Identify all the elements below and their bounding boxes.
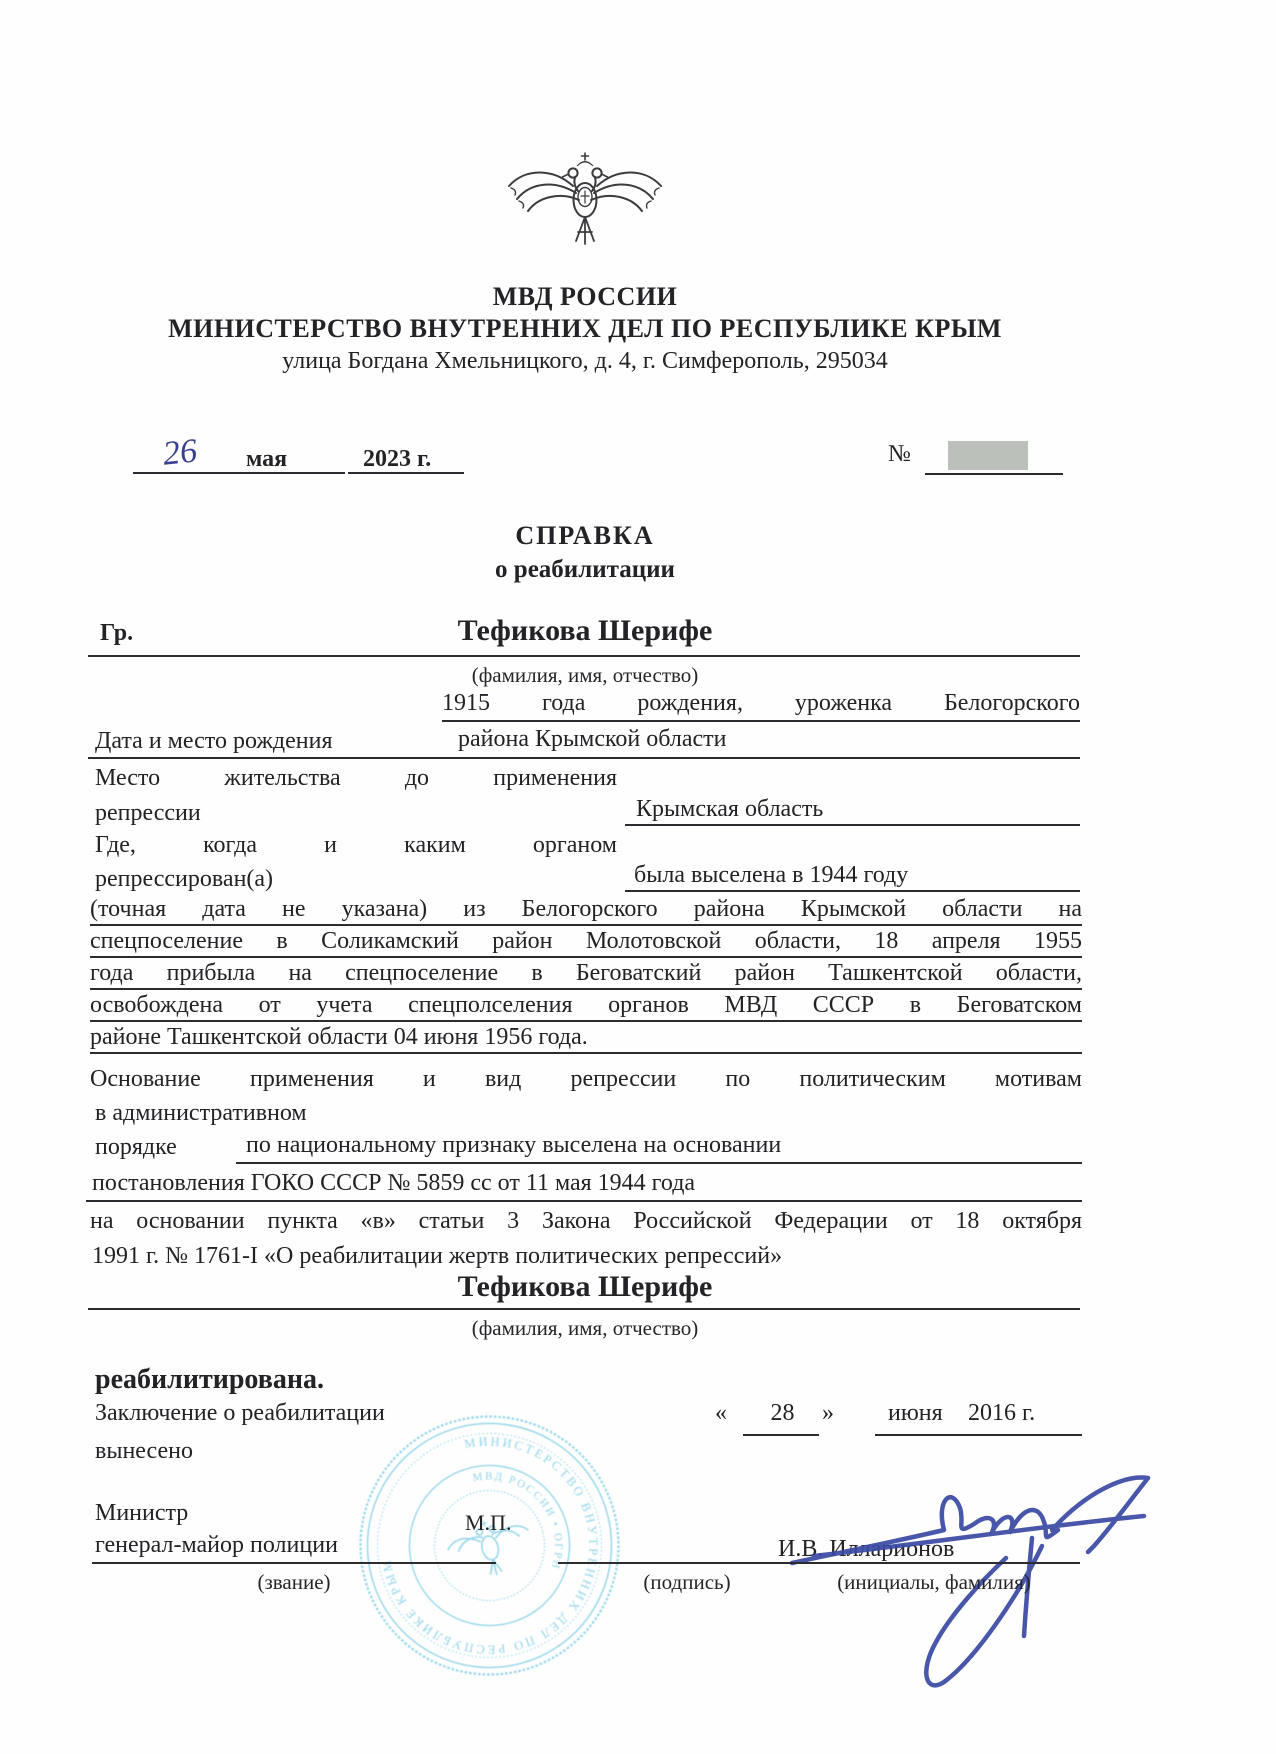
repression-detail-line: года прибыла на спецпоселение в Беговатс…: [90, 960, 1082, 990]
basis-value-line1: по национальному признаку выселена на ос…: [236, 1132, 1082, 1164]
conclusion-quote-close: »: [822, 1400, 834, 1428]
rehabilitated-statement: реабилитирована.: [95, 1364, 324, 1396]
handwritten-day: 26: [161, 431, 199, 473]
repression-value-underline: [625, 890, 1080, 892]
legal-line2: 1991 г. № 1761-I «О реабилитации жертв п…: [92, 1243, 782, 1271]
seal-place-mark: М.П.: [465, 1510, 511, 1535]
residence-label-line2: репрессии: [95, 800, 201, 828]
document-number-redaction: [948, 441, 1028, 470]
org-name-short: МВД РОССИИ: [90, 282, 1080, 312]
sign-caption: (подпись): [558, 1570, 816, 1594]
confirmed-person-name: Тефикова Шерифе: [90, 1270, 1080, 1305]
residence-value: Крымская область: [636, 796, 823, 824]
birth-value-line2: района Крымской области: [458, 726, 726, 754]
date-underline-1: [133, 472, 345, 474]
svg-text:МИНИСТЕРСТВО ВНУТРЕННИХ ДЕЛ ПО: МИНИСТЕРСТВО ВНУТРЕННИХ ДЕЛ ПО РЕСПУБЛИК…: [355, 1411, 624, 1680]
date-underline-2: [348, 472, 464, 474]
repression-label-line2: репрессирован(а): [95, 866, 273, 894]
conclusion-day: 28: [745, 1400, 820, 1428]
residence-label-line1: Место жительства до применения: [95, 765, 617, 793]
signer-rank: генерал-майор полиции: [95, 1532, 338, 1560]
conclusion-year: 2016 г.: [968, 1400, 1035, 1428]
rehabilitation-certificate-page: МВД РОССИИ МИНИСТЕРСТВО ВНУТРЕННИХ ДЕЛ П…: [0, 0, 1276, 1754]
fio-caption: (фамилия, имя, отчество): [90, 663, 1080, 687]
repression-detail-line: освобождена от учета спецполселения орга…: [90, 992, 1082, 1022]
basis-label-line1: Основание применения и вид репрессии по …: [90, 1066, 1082, 1094]
conclusion-date-underline: [875, 1434, 1082, 1436]
birth-row-rule: [88, 757, 1080, 759]
date-month: мая: [246, 446, 287, 474]
repression-detail-line: спецпоселение в Соликамский район Молото…: [90, 928, 1082, 958]
residence-value-underline: [625, 824, 1080, 826]
date-year: 2023 г.: [363, 446, 431, 474]
name-underline: [88, 655, 1080, 657]
conclusion-quote-open: «: [715, 1400, 727, 1428]
repression-detail-line: (точная дата не указана) из Белогорского…: [90, 896, 1082, 926]
confirmed-fio-caption: (фамилия, имя, отчество): [90, 1316, 1080, 1340]
person-name: Тефикова Шерифе: [90, 614, 1080, 649]
conclusion-day-underline: [743, 1434, 819, 1436]
rank-underline: [92, 1562, 496, 1564]
birth-value-line1: 1915 года рождения, уроженка Белогорског…: [442, 690, 1080, 722]
basis-label-line2: в административном: [95, 1100, 307, 1128]
basis-label-line3: порядке: [95, 1134, 177, 1162]
legal-line1: на основании пункта «в» статьи 3 Закона …: [90, 1208, 1082, 1236]
name-underline-bottom: [788, 1562, 1080, 1564]
repression-detail-line: районе Ташкентской области 04 июня 1956 …: [90, 1024, 1082, 1054]
name-caption: (инициалы, фамилия): [788, 1570, 1080, 1594]
number-sign: №: [888, 441, 911, 469]
rank-caption: (звание): [92, 1570, 496, 1594]
org-address: улица Богдана Хмельницкого, д. 4, г. Сим…: [90, 348, 1080, 376]
document-title: СПРАВКА: [90, 521, 1080, 551]
basis-bottom-rule: [86, 1200, 1082, 1202]
org-name-full: МИНИСТЕРСТВО ВНУТРЕННИХ ДЕЛ ПО РЕСПУБЛИК…: [90, 314, 1080, 344]
basis-value-line2: постановления ГОКО СССР № 5859 сс от 11 …: [92, 1170, 695, 1198]
signature-underline: [558, 1562, 816, 1564]
birth-label: Дата и место рождения: [95, 728, 333, 756]
document-subtitle: о реабилитации: [90, 556, 1080, 585]
mvd-round-stamp: МИНИСТЕРСТВО ВНУТРЕННИХ ДЕЛ ПО РЕСПУБЛИК…: [352, 1408, 627, 1683]
signer-position: Министр: [95, 1500, 188, 1528]
repression-value: была выселена в 1944 году: [634, 862, 908, 890]
mvd-double-headed-eagle-emblem: [503, 150, 667, 248]
conclusion-label-line1: Заключение о реабилитации: [95, 1400, 385, 1428]
conclusion-label-line2: вынесено: [95, 1438, 193, 1466]
stamp-ring-text: МИНИСТЕРСТВО ВНУТРЕННИХ ДЕЛ ПО РЕСПУБЛИК…: [355, 1411, 624, 1680]
conclusion-month: июня: [888, 1400, 943, 1428]
number-underline: [925, 473, 1063, 475]
repression-label-line1: Где, когда и каким органом: [95, 832, 617, 860]
confirmed-name-underline: [88, 1308, 1080, 1310]
